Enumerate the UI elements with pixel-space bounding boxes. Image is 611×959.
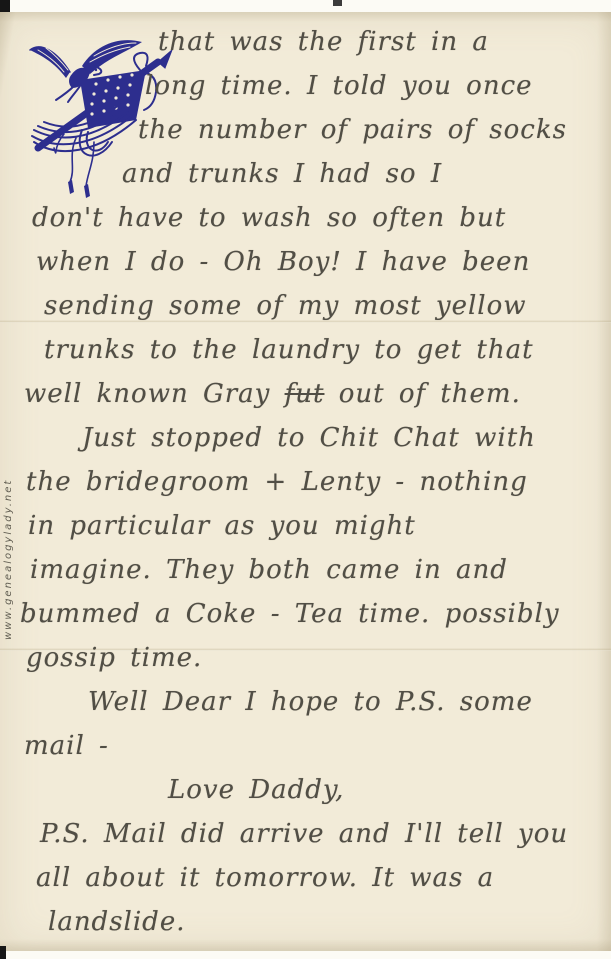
handwriting-line: sending some of my most yellow (0, 284, 611, 328)
handwriting-line: Love Daddy, (0, 768, 611, 812)
handwriting-text: landslide. (48, 907, 185, 937)
letter-paper: www.genealogylady.net that was the first… (0, 12, 611, 951)
handwriting-line: P.S. Mail did arrive and I'll tell you (0, 812, 611, 856)
handwriting-text: long time. I told you once (145, 71, 533, 101)
handwriting-line: gossip time. (0, 636, 611, 680)
handwriting-text: Love Daddy, (168, 775, 344, 805)
handwriting-text: Just stopped to Chit Chat with (82, 423, 536, 453)
handwriting-text: and trunks I had so I (122, 159, 442, 189)
handwriting-line: in particular as you might (0, 504, 611, 548)
handwriting-line: the number of pairs of socks (0, 108, 611, 152)
scan-artifact-mark (333, 0, 342, 6)
handwriting-text: when I do - Oh Boy! I have been (36, 247, 530, 277)
handwriting-text: P.S. Mail did arrive and I'll tell you (40, 819, 568, 849)
handwriting-line: trunks to the laundry to get that (0, 328, 611, 372)
handwriting-line: imagine. They both came in and (0, 548, 611, 592)
handwriting-text: gossip time. (26, 643, 202, 673)
handwriting-text: mail - (24, 731, 109, 761)
scanned-letter-page: { "scan": { "background_color": "#fcfbf5… (0, 0, 611, 959)
handwriting-text: Well Dear I hope to P.S. some (88, 687, 533, 717)
handwriting-text: the bridegroom + Lenty - nothing (26, 467, 528, 497)
handwriting-line: Just stopped to Chit Chat with (0, 416, 611, 460)
handwriting-text: that was the first in a (158, 27, 489, 57)
handwriting-text: well known Gray (24, 379, 285, 409)
handwriting-text: trunks to the laundry to get that (44, 335, 534, 365)
handwriting-line: bummed a Coke - Tea time. possibly (0, 592, 611, 636)
scan-artifact-mark (0, 0, 10, 12)
handwriting-line: the bridegroom + Lenty - nothing (0, 460, 611, 504)
handwriting-line: well known Gray fut out of them. (0, 372, 611, 416)
struck-out-word: fut (285, 379, 325, 409)
scan-artifact-mark (0, 946, 6, 959)
handwriting-line: when I do - Oh Boy! I have been (0, 240, 611, 284)
handwriting-text: in particular as you might (28, 511, 416, 541)
handwriting-line: that was the first in a (0, 20, 611, 64)
handwriting-line: long time. I told you once (0, 64, 611, 108)
handwriting-text: out of them. (324, 379, 520, 409)
handwriting-text: don't have to wash so often but (32, 203, 506, 233)
handwriting-line: landslide. (0, 900, 611, 944)
handwriting-text: bummed a Coke - Tea time. possibly (20, 599, 560, 629)
handwriting-text: the number of pairs of socks (138, 115, 567, 145)
handwriting-text: all about it tomorrow. It was a (36, 863, 494, 893)
letter-body: that was the first in along time. I told… (0, 20, 611, 944)
handwriting-line: all about it tomorrow. It was a (0, 856, 611, 900)
handwriting-line: Well Dear I hope to P.S. some (0, 680, 611, 724)
handwriting-text: sending some of my most yellow (44, 291, 527, 321)
handwriting-line: and trunks I had so I (0, 152, 611, 196)
scanner-background-bottom (0, 951, 611, 959)
handwriting-line: don't have to wash so often but (0, 196, 611, 240)
handwriting-text: imagine. They both came in and (30, 555, 508, 585)
handwriting-line: mail - (0, 724, 611, 768)
